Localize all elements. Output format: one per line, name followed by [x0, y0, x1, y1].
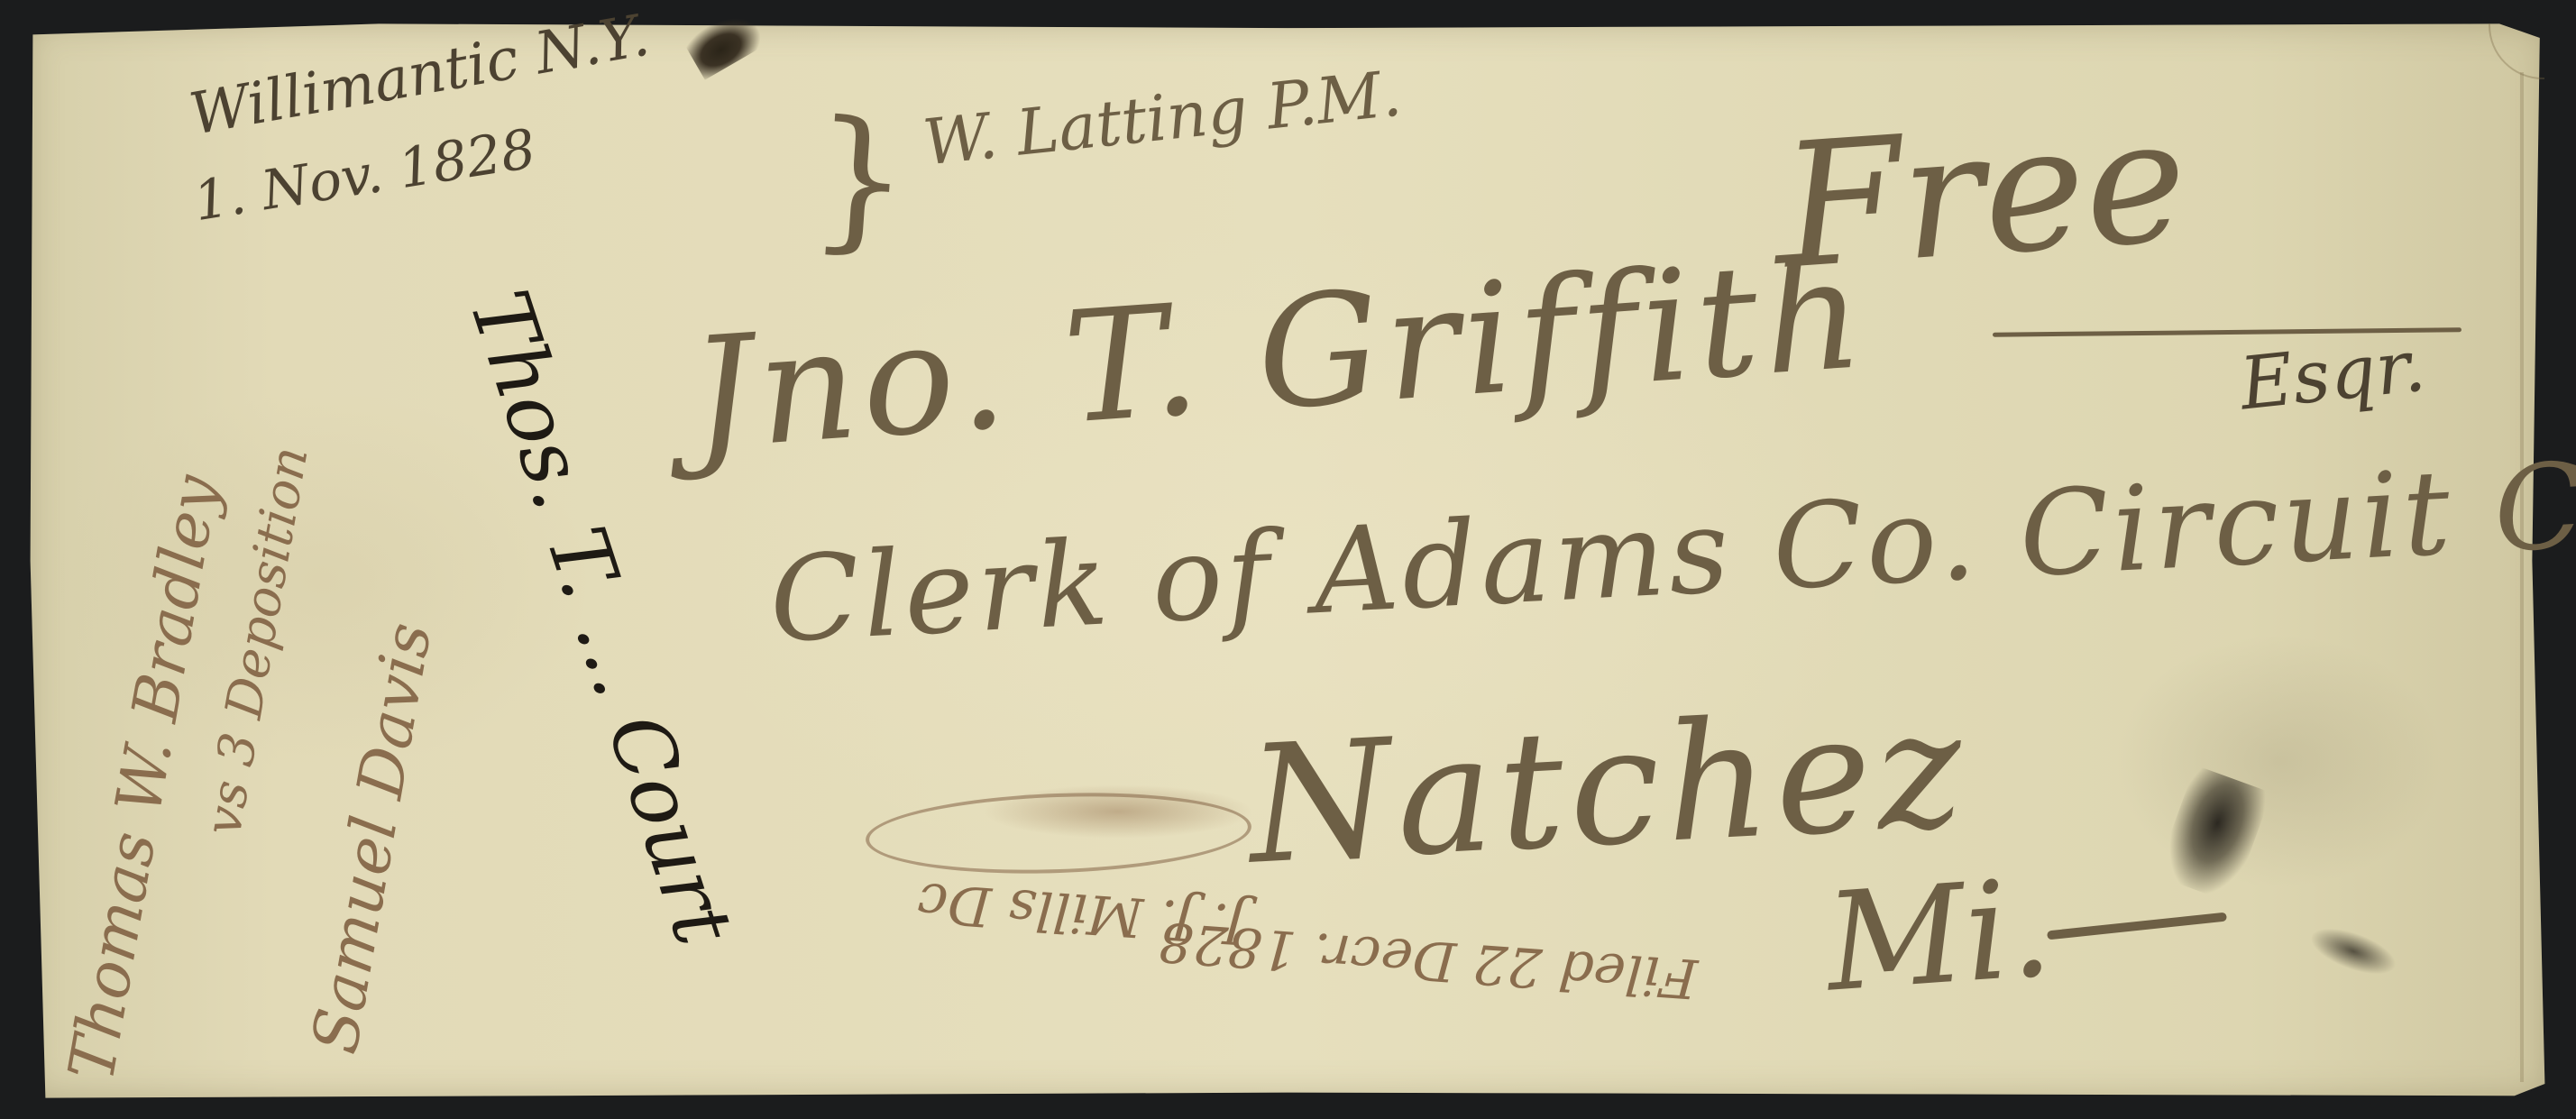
address-state: Mi. [1821, 850, 2057, 1023]
postmark-bracket: } [805, 87, 915, 271]
